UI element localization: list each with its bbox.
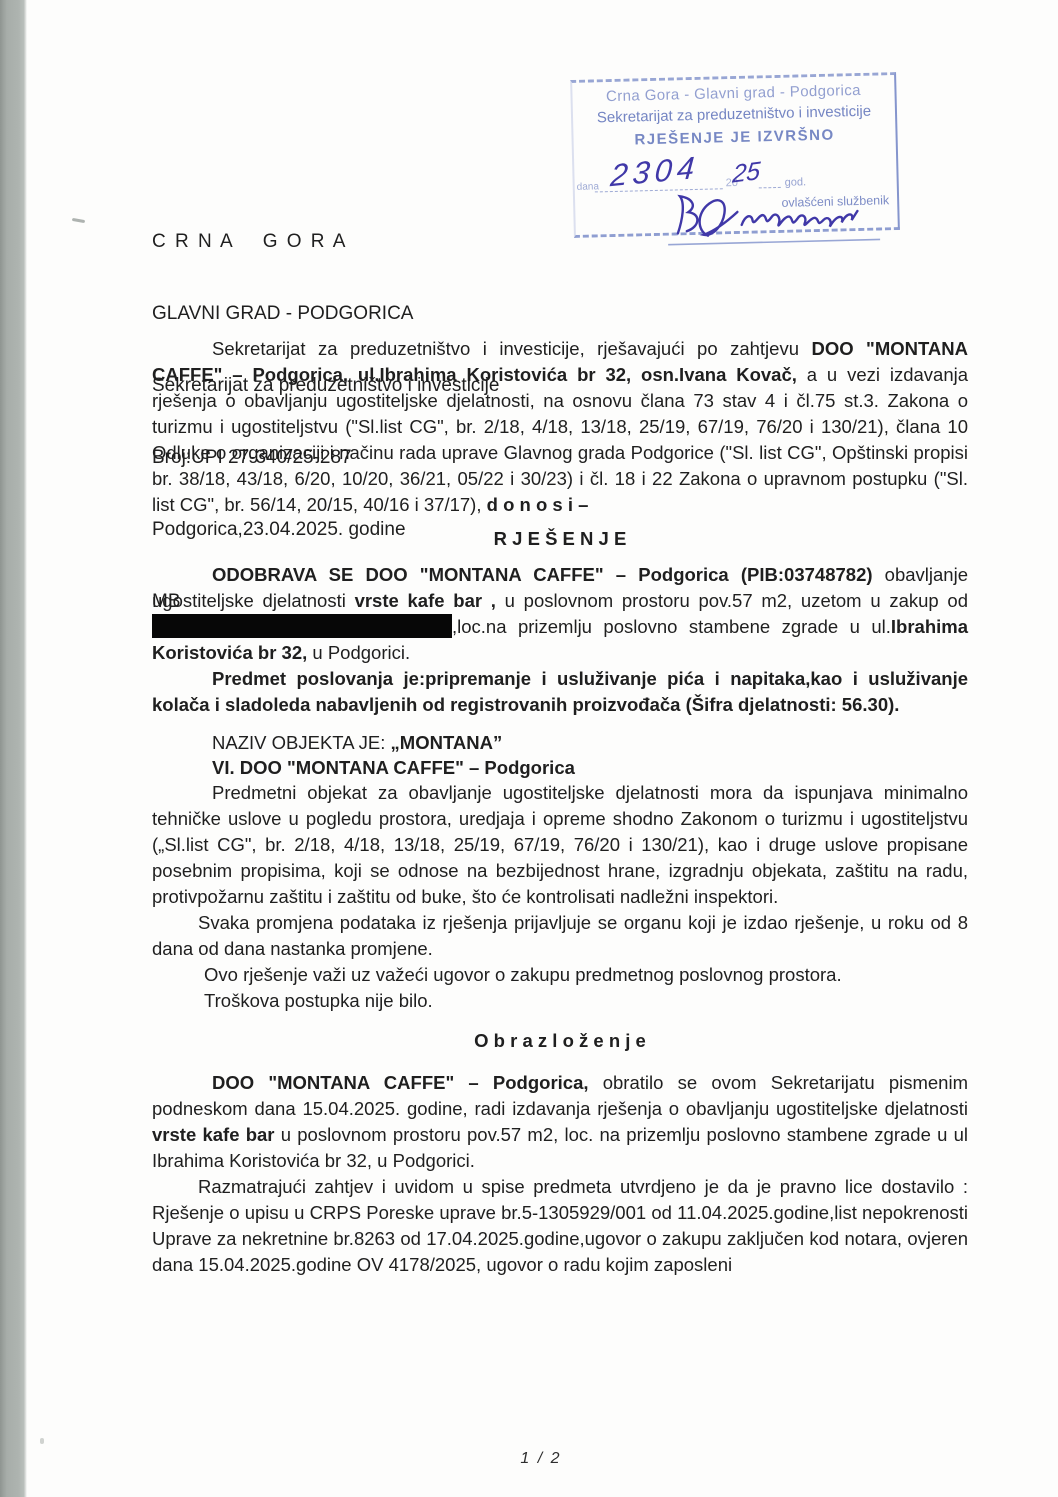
paragraph-ovo-rjesenje: Ovo rješenje važi uz važeći ugovor o zak… bbox=[152, 962, 968, 988]
paragraph-intro: Sekretarijat za preduzetništvo i investi… bbox=[152, 336, 968, 518]
facility-name-block: NAZIV OBJEKTA JE: „MONTANA” VI. DOO "MON… bbox=[212, 730, 968, 780]
document-body: Sekretarijat za preduzetništvo i investi… bbox=[152, 336, 968, 1278]
stamp-handwritten-year: 25 bbox=[731, 157, 761, 190]
stamp-org-line2: Sekretarijat za preduzetništvo i investi… bbox=[571, 102, 897, 127]
scanner-edge-artifact bbox=[0, 0, 27, 1497]
owner-name-line: VI. DOO "MONTANA CAFFE" – Podgorica bbox=[212, 755, 968, 780]
stamp-handwritten-date: 2304 bbox=[609, 150, 701, 195]
redaction-box bbox=[152, 614, 452, 638]
paragraph-obratilo: DOO "MONTANA CAFFE" – Podgorica, obratil… bbox=[152, 1070, 968, 1174]
letterhead-city: GLAVNI GRAD - PODGORICA bbox=[152, 302, 499, 326]
stamp-status-line: RJEŠENJE JE IZVRŠNO bbox=[571, 125, 897, 150]
paragraph-troskovi: Troškova postupka nije bilo. bbox=[152, 988, 968, 1014]
reasoning-title: O b r a z l o ž e n j e bbox=[152, 1028, 968, 1054]
signature-scribble bbox=[665, 184, 892, 250]
scanned-document-page: Crna Gora - Glavni grad - Podgorica Sekr… bbox=[0, 0, 1058, 1497]
paragraph-svaka-promjena: Svaka promjena podataka iz rješenja prij… bbox=[152, 910, 968, 962]
paragraph-razmatrajuci: Razmatrajući zahtjev i uvidom u spise pr… bbox=[152, 1174, 968, 1278]
scan-speck bbox=[40, 1438, 44, 1444]
document-title: R J E Š E N J E bbox=[152, 526, 968, 552]
scan-speck bbox=[72, 218, 85, 223]
execution-stamp: Crna Gora - Glavni grad - Podgorica Sekr… bbox=[570, 72, 900, 238]
facility-name-line: NAZIV OBJEKTA JE: „MONTANA” bbox=[212, 730, 968, 755]
paragraph-predmetni: Predmetni objekat za obavljanje ugostite… bbox=[152, 780, 968, 910]
letterhead-country: C R N A G O R A bbox=[152, 230, 499, 254]
paragraph-predmet: Predmet poslovanja je:pripremanje i uslu… bbox=[152, 666, 968, 718]
page-number: 1 / 2 bbox=[0, 1450, 1058, 1468]
paragraph-odobrava: ODOBRAVA SE DOO "MONTANA CAFFE" – Podgor… bbox=[152, 562, 968, 666]
